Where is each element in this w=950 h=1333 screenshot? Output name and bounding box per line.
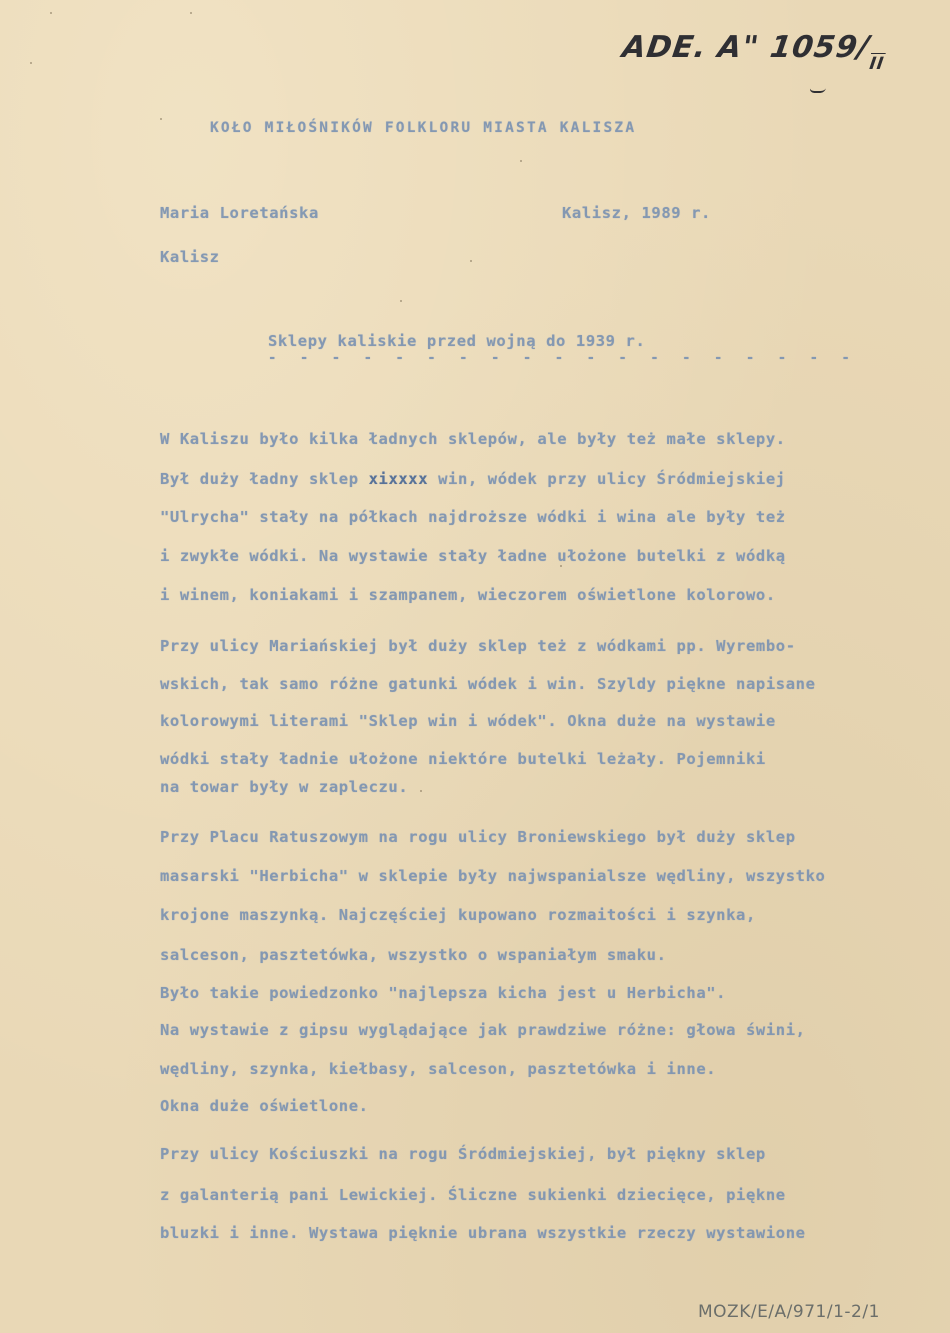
place-date: Kalisz, 1989 r. [562, 204, 711, 222]
body-line: wódki stały ładnie ułożone niektóre bute… [160, 750, 766, 768]
body-line: krojone maszynką. Najczęściej kupowano r… [160, 906, 756, 924]
body-line-rest: win, wódek przy ulicy Śródmiejskiej [428, 470, 786, 488]
archive-signature-bottom: MOZK/E/A/971/1-2/1 [698, 1302, 880, 1322]
body-line: i winem, koniakami i szampanem, wieczore… [160, 586, 776, 604]
paper-speck [420, 790, 422, 792]
body-line: na towar były w zapleczu. [160, 778, 408, 796]
body-line: z galanterią pani Lewickiej. Śliczne suk… [160, 1186, 786, 1204]
body-line: Przy ulicy Mariańskiej był duży sklep te… [160, 637, 796, 655]
paper-speck [400, 300, 402, 302]
document-title: Sklepy kaliskie przed wojną do 1939 r. [268, 332, 645, 350]
handwritten-mark [809, 88, 826, 93]
archive-signature-text: ADE. A" 1059/ [620, 30, 872, 65]
body-line: masarski "Herbicha" w sklepie były najws… [160, 867, 825, 885]
paper-speck [190, 12, 192, 14]
body-line: kolorowymi literami "Sklep win i wódek".… [160, 712, 776, 730]
body-line: W Kaliszu było kilka ładnych sklepów, al… [160, 430, 786, 448]
body-line: bluzki i inne. Wystawa pięknie ubrana ws… [160, 1224, 806, 1242]
author-city: Kalisz [160, 248, 220, 266]
organization-heading: KOŁO MIŁOŚNIKÓW FOLKLORU MIASTA KALISZA [210, 120, 636, 136]
body-line-start: Był duży ładny sklep [160, 470, 359, 488]
archive-signature-top: ADE. A" 1059/II [619, 30, 889, 74]
paper-speck [470, 260, 472, 262]
paper-speck [520, 160, 522, 162]
body-line: Przy Placu Ratuszowym na rogu ulicy Bron… [160, 828, 796, 846]
body-line: "Ulrycha" stały na półkach najdroższe wó… [160, 508, 786, 526]
title-underline: - - - - - - - - - - - - - - - - - - - [268, 350, 857, 366]
body-line: wskich, tak samo różne gatunki wódek i w… [160, 675, 816, 693]
paper-speck [30, 62, 32, 64]
paper-speck [50, 12, 52, 14]
body-line: Na wystawie z gipsu wyglądające jak praw… [160, 1021, 806, 1039]
struck-out-text: xixxxx [369, 470, 429, 488]
author-name: Maria Loretańska [160, 204, 319, 222]
scanned-document-page: ADE. A" 1059/II KOŁO MIŁOŚNIKÓW FOLKLORU… [0, 0, 950, 1333]
body-line: Przy ulicy Kościuszki na rogu Śródmiejsk… [160, 1145, 766, 1163]
paper-speck [560, 565, 562, 567]
body-line: wędliny, szynka, kiełbasy, salceson, pas… [160, 1060, 716, 1078]
body-line: i zwykłe wódki. Na wystawie stały ładne … [160, 547, 786, 565]
body-line: Było takie powiedzonko "najlepsza kicha … [160, 984, 726, 1002]
paper-speck [160, 118, 162, 120]
archive-signature-volume: II [868, 54, 885, 74]
body-line: Okna duże oświetlone. [160, 1097, 369, 1115]
body-line: Był duży ładny sklep xixxxx win, wódek p… [160, 470, 786, 488]
body-line: salceson, pasztetówka, wszystko o wspani… [160, 946, 667, 964]
